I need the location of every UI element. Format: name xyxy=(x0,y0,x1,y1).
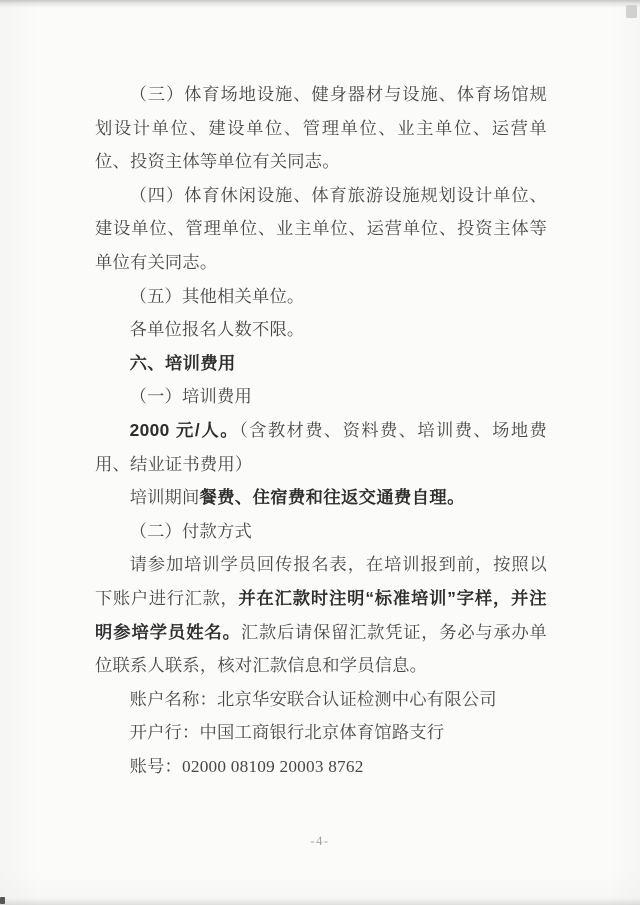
para-account-number: 账号：02000 08109 20003 8762 xyxy=(95,750,547,784)
body-text: 培训期间 xyxy=(130,488,200,507)
body-text: （三）体育场地设施、健身器材与设施、体育场馆规划设计单位、建设单位、管理单位、业… xyxy=(95,85,547,171)
body-text: 各单位报名人数不限。 xyxy=(130,320,305,339)
scanned-document-page: （三）体育场地设施、健身器材与设施、体育场馆规划设计单位、建设单位、管理单位、业… xyxy=(0,0,640,905)
body-text: （一）培训费用 xyxy=(130,387,252,406)
para-bank-branch: 开户行：中国工商银行北京体育馆路支行 xyxy=(95,716,547,750)
para-item-4: （四）体育休闲设施、体育旅游设施规划设计单位、建设单位、管理单位、业主单位、运营… xyxy=(95,179,547,280)
para-subhead-payment: （二）付款方式 xyxy=(95,515,547,549)
body-text: 开户行：中国工商银行北京体育馆路支行 xyxy=(130,723,445,742)
emphasis-text: 2000 元/人。 xyxy=(130,420,240,440)
para-fee-amount: 2000 元/人。（含教材费、资料费、培训费、场地费用、结业证书费用） xyxy=(95,414,547,481)
para-payment-instructions: 请参加培训学员回传报名表，在培训报到前，按照以下账户进行汇款，并在汇款时注明“标… xyxy=(95,548,547,682)
body-text: （五）其他相关单位。 xyxy=(130,287,305,306)
para-account-name: 账户名称：北京华安联合认证检测中心有限公司 xyxy=(95,683,547,717)
emphasis-text: 餐费、住宿费和往返交通费自理。 xyxy=(200,487,465,507)
page-number: -4- xyxy=(0,834,640,849)
body-text: 账号：02000 08109 20003 8762 xyxy=(130,757,364,776)
para-subhead-fee: （一）培训费用 xyxy=(95,380,547,414)
heading-section-6-training-fee: 六、培训费用 xyxy=(95,347,547,381)
body-text: 账户名称：北京华安联合认证检测中心有限公司 xyxy=(130,690,497,709)
para-self-pay-note: 培训期间餐费、住宿费和往返交通费自理。 xyxy=(95,481,547,515)
scan-edge-top xyxy=(0,0,640,8)
emphasis-text: 六、培训费用 xyxy=(130,353,236,373)
scan-edge-bottom xyxy=(0,898,640,905)
para-enrollment-note: 各单位报名人数不限。 xyxy=(95,313,547,347)
para-item-3: （三）体育场地设施、健身器材与设施、体育场馆规划设计单位、建设单位、管理单位、业… xyxy=(95,78,547,179)
para-item-5: （五）其他相关单位。 xyxy=(95,280,547,314)
body-text: （四）体育休闲设施、体育旅游设施规划设计单位、建设单位、管理单位、业主单位、运营… xyxy=(95,186,547,272)
document-body: （三）体育场地设施、健身器材与设施、体育场馆规划设计单位、建设单位、管理单位、业… xyxy=(95,78,547,783)
body-text: （二）付款方式 xyxy=(130,522,252,541)
scan-artifact-top-right xyxy=(626,5,637,18)
scan-artifact-bottom-left xyxy=(0,897,5,904)
